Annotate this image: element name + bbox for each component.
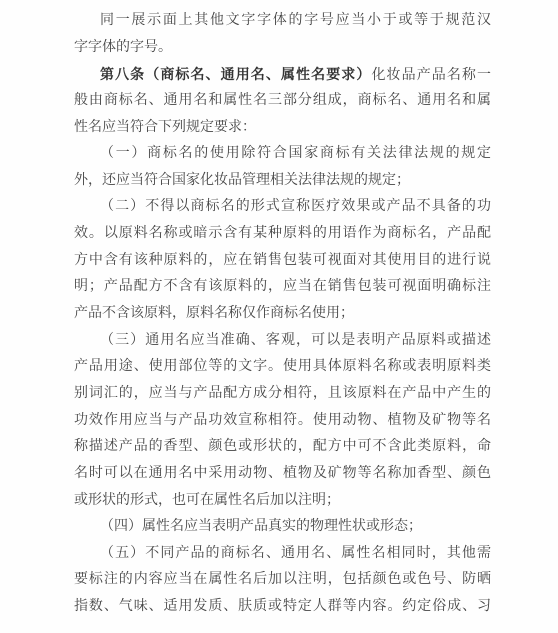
text-line: 字字体的字号。 [74,35,491,62]
document-text-block: 同一展示面上其他文字字体的字号应当小于或等于规范汉字字体的字号。第八条（商标名、… [74,8,491,621]
text-line: 第八条（商标名、通用名、属性名要求）化妆品产品名称一 [74,61,491,88]
text-segment: 效。以原料名称或暗示含有某种原料的用语作为商标名，产品配 [74,226,491,241]
text-segment: 功效作用应当与产品功效宣称相符。使用动物、植物及矿物等名 [74,413,491,428]
text-line: 外，还应当符合国家化妆品管理相关法律法规的规定； [74,168,491,195]
text-line: 要标注的内容应当在属性名后加以注明，包括颜色或色号、防晒 [74,567,491,594]
text-line: 产品用途、使用部位等的文字。使用具体原料名称或表明原料类 [74,354,491,381]
text-line: 般由商标名、通用名和属性名三部分组成，商标名、通用名和属 [74,88,491,115]
text-line: 明；产品配方不含有该原料的，应当在销售包装可视面明确标注 [74,274,491,301]
text-line: 方中含有该种原料的，应在销售包装可视面对其使用目的进行说 [74,248,491,275]
text-segment: 或形状的形式，也可在属性名后加以注明； [74,493,340,508]
text-segment: 明；产品配方不含有该原料的，应当在销售包装可视面明确标注 [74,279,491,294]
text-segment: 外，还应当符合国家化妆品管理相关法律法规的规定； [74,173,410,188]
text-line: 产品不含该原料，原料名称仅作商标名使用； [74,301,491,328]
text-segment: （一）商标名的使用除符合国家商标有关法律法规的规定 [100,146,491,161]
text-segment: 同一展示面上其他文字字体的字号应当小于或等于规范汉 [100,13,491,28]
text-line: 指数、气味、适用发质、肤质或特定人群等内容。约定俗成、习 [74,594,491,621]
text-segment: 名时可以在通用名中采用动物、植物及矿物等名称加香型、颜色 [74,466,491,481]
text-segment: （五）不同产品的商标名、通用名、属性名相同时，其他需 [100,546,491,561]
text-line: 名时可以在通用名中采用动物、植物及矿物等名称加香型、颜色 [74,461,491,488]
text-line: 别词汇的，应当与产品配方成分相符，且该原料在产品中产生的 [74,381,491,408]
text-line: （二）不得以商标名的形式宣称医疗效果或产品不具备的功 [74,194,491,221]
text-segment: 字字体的字号。 [74,40,172,55]
text-segment: 方中含有该种原料的，应在销售包装可视面对其使用目的进行说 [74,253,491,268]
text-segment: 性名应当符合下列规定要求： [74,120,256,135]
text-segment: 别词汇的，应当与产品配方成分相符，且该原料在产品中产生的 [74,386,491,401]
text-line: 功效作用应当与产品功效宣称相符。使用动物、植物及矿物等名 [74,408,491,435]
text-segment: 指数、气味、适用发质、肤质或特定人群等内容。约定俗成、习 [74,599,491,614]
text-segment: 产品不含该原料，原料名称仅作商标名使用； [74,306,354,321]
text-line: （三）通用名应当准确、客观，可以是表明产品原料或描述 [74,328,491,355]
text-line: 性名应当符合下列规定要求： [74,115,491,142]
text-segment: （二）不得以商标名的形式宣称医疗效果或产品不具备的功 [100,199,491,214]
text-segment: 产品用途、使用部位等的文字。使用具体原料名称或表明原料类 [74,359,491,374]
text-line: 称描述产品的香型、颜色或形状的，配方中可不含此类原料，命 [74,434,491,461]
text-segment: 称描述产品的香型、颜色或形状的，配方中可不含此类原料，命 [74,439,491,454]
text-segment: 化妆品产品名称一 [371,68,491,83]
text-segment: 般由商标名、通用名和属性名三部分组成，商标名、通用名和属 [74,93,491,108]
text-line: （一）商标名的使用除符合国家商标有关法律法规的规定 [74,141,491,168]
text-segment: 要标注的内容应当在属性名后加以注明，包括颜色或色号、防晒 [74,572,491,587]
document-page: 同一展示面上其他文字字体的字号应当小于或等于规范汉字字体的字号。第八条（商标名、… [0,0,558,633]
article-heading-segment: 第八条（商标名、通用名、属性名要求） [100,66,371,82]
text-line: 效。以原料名称或暗示含有某种原料的用语作为商标名，产品配 [74,221,491,248]
text-line: （五）不同产品的商标名、通用名、属性名相同时，其他需 [74,541,491,568]
text-line: 或形状的形式，也可在属性名后加以注明； [74,488,491,515]
text-line: 同一展示面上其他文字字体的字号应当小于或等于规范汉 [74,8,491,35]
text-segment: （三）通用名应当准确、客观，可以是表明产品原料或描述 [100,333,491,348]
text-line: （四）属性名应当表明产品真实的物理性状或形态； [74,514,491,541]
text-segment: （四）属性名应当表明产品真实的物理性状或形态； [100,519,422,534]
